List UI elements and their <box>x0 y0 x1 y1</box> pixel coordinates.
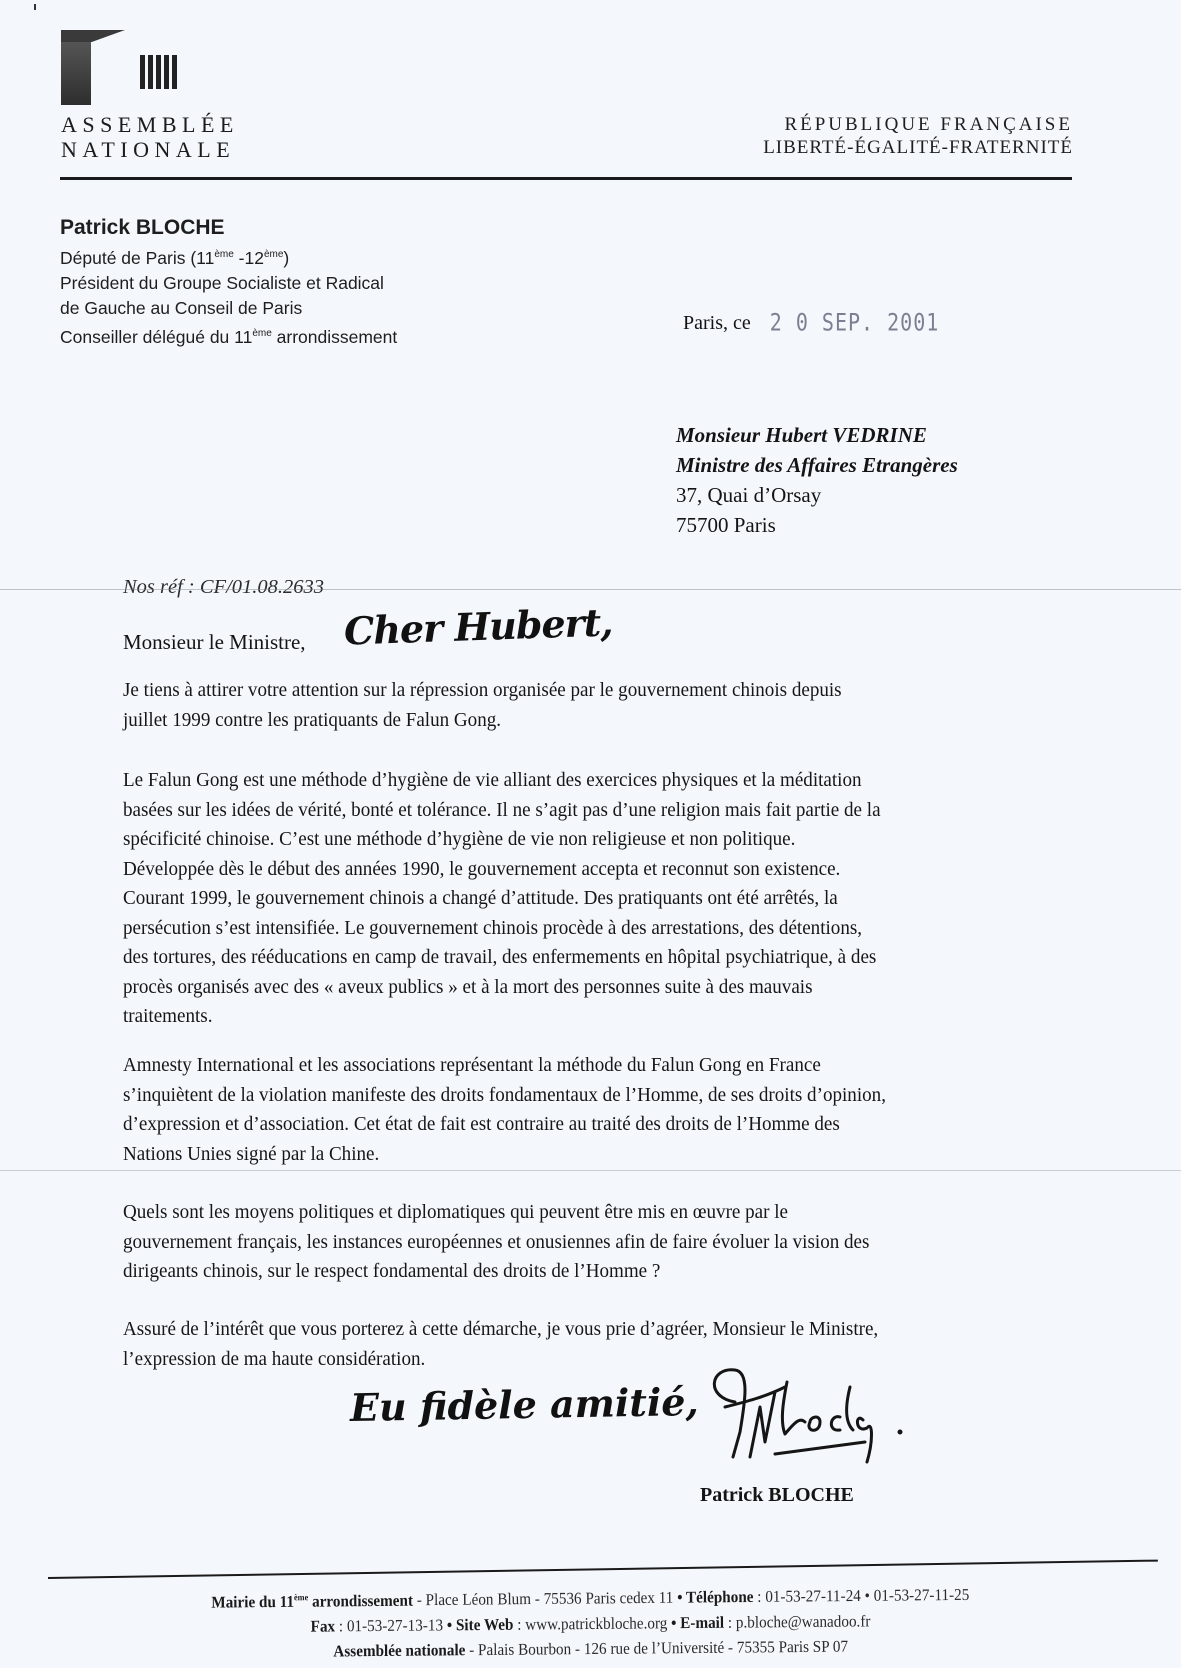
footer-divider <box>48 1560 1158 1579</box>
email-link[interactable]: : p.bloche@wanadoo.fr <box>724 1611 870 1631</box>
institution-name: ASSEMBLÉE NATIONALE <box>61 112 239 162</box>
paper-fold-line <box>0 1170 1181 1171</box>
body-line: Nations Unies signé par la Chine. <box>123 1140 1025 1170</box>
date-stamp: 2 0 SEP. 2001 <box>770 308 940 337</box>
paper-fold-line <box>0 589 1181 590</box>
date-line: Paris, ce 2 0 SEP. 2001 <box>683 310 939 335</box>
assemblee-nationale-logo-icon <box>61 30 191 105</box>
handwritten-closing: Eu fidèle amitié, <box>350 1379 699 1430</box>
body-line: procès organisés avec des « aveux public… <box>123 973 1025 1003</box>
body-line: Quels sont les moyens politiques et dipl… <box>123 1198 1025 1228</box>
sender-line-1: Député de Paris (11ème -12ème) <box>60 242 397 271</box>
logo-pillar <box>61 33 91 105</box>
logo-roof <box>61 30 125 42</box>
body-line: Le Falun Gong est une méthode d’hygiène … <box>123 766 1025 796</box>
handwritten-salutation: Cher Hubert, <box>343 599 613 653</box>
body-line: Développée dès le début des années 1990,… <box>123 855 1025 885</box>
body-line: persécution s’est intensifiée. Le gouver… <box>123 914 1025 944</box>
recipient-title: Ministre des Affaires Etrangères <box>676 450 958 480</box>
logo-columns <box>140 55 177 89</box>
body-line: Assuré de l’intérêt que vous porterez à … <box>123 1315 1025 1345</box>
salutation: Monsieur le Ministre, <box>123 630 306 655</box>
header-divider <box>60 177 1072 180</box>
recipient-address-2: 75700 Paris <box>676 510 958 540</box>
republic-motto: RÉPUBLIQUE FRANÇAISE LIBERTÉ-ÉGALITÉ-FRA… <box>763 113 1073 159</box>
body-paragraph: Quels sont les moyens politiques et dipl… <box>123 1198 1025 1287</box>
scan-mark <box>34 4 36 10</box>
body-paragraph: Amnesty International et les association… <box>123 1051 1025 1169</box>
reference: Nos réf : CF/01.08.2633 <box>123 576 324 599</box>
sender-line-3: de Gauche au Conseil de Paris <box>60 296 397 321</box>
body-line: dirigeants chinois, sur le respect fonda… <box>123 1257 1025 1287</box>
sender-line-4: Conseiller délégué du 11ème arrondisseme… <box>60 321 397 350</box>
signatory-name: Patrick BLOCHE <box>700 1484 854 1507</box>
body-line: juillet 1999 contre les pratiquants de F… <box>123 706 1025 736</box>
recipient-name: Monsieur Hubert VEDRINE <box>676 420 958 450</box>
body-line: traitements. <box>123 1002 1025 1032</box>
body-paragraph: Le Falun Gong est une méthode d’hygiène … <box>123 766 1025 1032</box>
body-line: d’expression et d’association. Cet état … <box>123 1110 1025 1140</box>
body-paragraph: Je tiens à attirer votre attention sur l… <box>123 676 1025 735</box>
sender-block: Patrick BLOCHE Député de Paris (11ème -1… <box>60 214 397 350</box>
sender-name: Patrick BLOCHE <box>60 214 397 242</box>
website-link[interactable]: : www.patrickbloche.org <box>513 1613 671 1633</box>
body-line: Amnesty International et les association… <box>123 1051 1025 1081</box>
body-line: basées sur les idées de vérité, bonté et… <box>123 796 1025 826</box>
body-line: gouvernement français, les instances eur… <box>123 1228 1025 1258</box>
body-line: des tortures, des rééducations en camp d… <box>123 943 1025 973</box>
body-line: Je tiens à attirer votre attention sur l… <box>123 676 1025 706</box>
handwritten-signature-icon <box>705 1362 925 1472</box>
recipient-block: Monsieur Hubert VEDRINE Ministre des Aff… <box>676 420 958 540</box>
footer: Mairie du 11ème arrondissement - Place L… <box>47 1577 1134 1666</box>
sender-line-2: Président du Groupe Socialiste et Radica… <box>60 271 397 296</box>
body-line: spécificité chinoise. C’est une méthode … <box>123 825 1025 855</box>
body-line: s’inquiètent de la violation manifeste d… <box>123 1081 1025 1111</box>
recipient-address-1: 37, Quai d’Orsay <box>676 480 958 510</box>
body-line: Courant 1999, le gouvernement chinois a … <box>123 884 1025 914</box>
